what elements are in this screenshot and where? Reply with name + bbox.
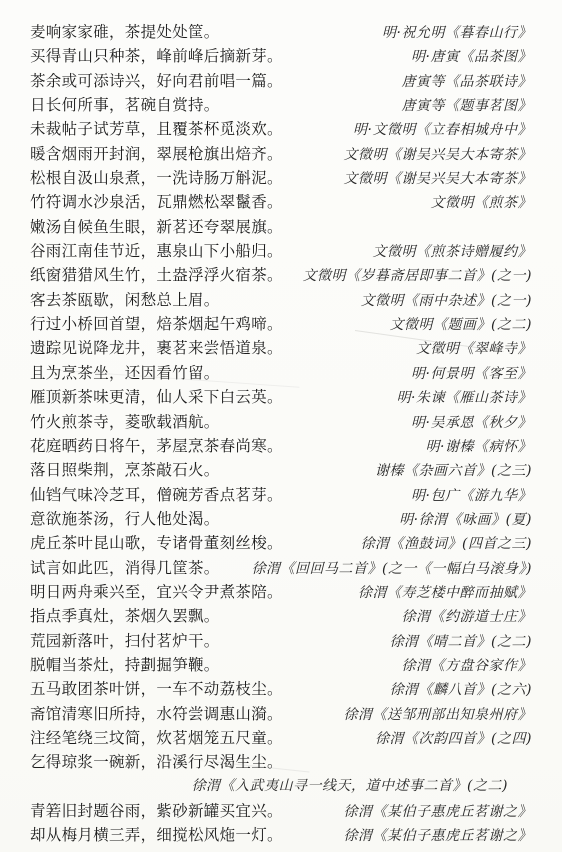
attribution-text: 明·吴承恩《秋夕》 <box>411 412 532 432</box>
poem-list: 麦响家家碓，茶提处处筐。明·祝允明《暮春山行》买得青山只种茶，峰前峰后摘新芽。明… <box>30 20 532 848</box>
poem-text: 斋馆清寒旧所持，水符尝调惠山漪。 <box>30 702 283 724</box>
poem-line-row: 试言如此匹，消得几筐茶。徐渭《回回马二首》(之一《一幅白马滚身》) <box>30 556 532 580</box>
attribution-text: 明·祝允明《暮春山行》 <box>382 22 532 42</box>
poem-text: 意欲施茶汤，行人他处渴。 <box>30 507 220 529</box>
poem-line-row: 青箬旧封题谷雨，紫砂新罐买宜兴。徐渭《某伯子惠虎丘茗谢之》 <box>30 799 532 823</box>
attribution-text: 文徵明《煎茶诗赠履约》 <box>373 241 533 261</box>
poem-text: 乞得琼浆一碗新，沿溪行尽渴生尘。 <box>30 750 283 772</box>
attribution-text: 徐渭《麟八首》(之六) <box>390 679 532 699</box>
attribution-text: 明·朱谏《雁山茶诗》 <box>397 387 532 407</box>
attribution-text: 文徵明《题画》(之二) <box>390 314 532 334</box>
poem-text: 茶余或可添诗兴，好向君前唱一篇。 <box>30 69 283 91</box>
poem-text: 买得青山只种茶，峰前峰后摘新芽。 <box>30 44 283 66</box>
poem-line-row: 嫩汤自候鱼生眼，新茗还夸翠展旗。 <box>30 215 532 239</box>
poem-line-row: 谷雨江南佳节近，惠泉山下小船归。文徵明《煎茶诗赠履约》 <box>30 239 532 263</box>
poem-line-row: 暖含烟雨开封润，翠展枪旗出焙齐。文徵明《谢吴兴吴大本寄茶》 <box>30 142 532 166</box>
poem-text: 雁顶新茶味更清，仙人采下白云英。 <box>30 385 283 407</box>
poem-line-row: 五马敢团茶叶饼，一车不动荔枝尘。徐渭《麟八首》(之六) <box>30 677 532 701</box>
attribution-text: 徐渭《次韵四首》(之四) <box>375 728 532 748</box>
poem-line-row: 落日照柴荆，烹茶敲石火。谢榛《杂画六首》(之三) <box>30 458 532 482</box>
poem-text: 指点季真灶，茶烟久罢飘。 <box>30 604 220 626</box>
poem-text: 荒园新落叶，扫付茗炉干。 <box>30 629 220 651</box>
poem-text: 松根自汲山泉煮，一洗诗肠万斛泥。 <box>30 166 283 188</box>
poem-text: 日长何所事，茗碗自赏持。 <box>30 93 220 115</box>
poem-text: 竹符调水沙泉活，瓦鼎燃松翠鬣香。 <box>30 190 283 212</box>
poem-line-row: 明日两舟乘兴至，宜兴令尹煮茶陪。徐渭《寿芝楼中醉而抽赋》 <box>30 580 532 604</box>
poem-line-row: 买得青山只种茶，峰前峰后摘新芽。明·唐寅《品茶图》 <box>30 44 532 68</box>
poem-line-row: 麦响家家碓，茶提处处筐。明·祝允明《暮春山行》 <box>30 20 532 44</box>
poem-text: 纸窗猎猎风生竹，土盎浮浮火宿茶。 <box>30 263 283 285</box>
attribution-text: 徐渭《回回马二首》(之一《一幅白马滚身》) <box>252 558 532 578</box>
attribution-text: 明·徐渭《咏画》(夏) <box>399 509 532 529</box>
poem-line-row: 意欲施茶汤，行人他处渴。明·徐渭《咏画》(夏) <box>30 507 532 531</box>
poem-line-row: 纸窗猎猎风生竹，土盎浮浮火宿茶。文徵明《岁暮斋居即事二首》(之一) <box>30 263 532 287</box>
attribution-text: 徐渭《渔鼓词》(四首之三) <box>361 533 532 553</box>
attribution-text: 文徵明《谢吴兴吴大本寄茶》 <box>344 144 533 164</box>
attribution-text: 徐渭《寿芝楼中醉而抽赋》 <box>358 582 532 602</box>
poem-text: 注经笔绕三坟简，炊茗烟笼五尺童。 <box>30 726 283 748</box>
poem-line-row: 松根自汲山泉煮，一洗诗肠万斛泥。文徵明《谢吴兴吴大本寄茶》 <box>30 166 532 190</box>
poem-text: 竹火煎茶寺，菱歌载酒航。 <box>30 410 220 432</box>
poem-line-row: 斋馆清寒旧所持，水符尝调惠山漪。徐渭《送邹刑部出知泉州府》 <box>30 702 532 726</box>
poem-text: 青箬旧封题谷雨，紫砂新罐买宜兴。 <box>30 799 283 821</box>
attribution-text: 文徵明《雨中杂述》(之一) <box>361 290 532 310</box>
poem-line-row: 日长何所事，茗碗自赏持。唐寅等《题事茗图》 <box>30 93 532 117</box>
poem-line-row: 茶余或可添诗兴，好向君前唱一篇。唐寅等《品茶联诗》 <box>30 69 532 93</box>
poem-line-row: 客去茶瓯歇，闲愁总上眉。文徵明《雨中杂述》(之一) <box>30 288 532 312</box>
poem-text: 仙铛气味冷芝耳，僧碗芳香点茗芽。 <box>30 483 283 505</box>
poem-text: 行过小桥回首望，焙茶烟起午鸡啼。 <box>30 312 283 334</box>
poem-line-row: 荒园新落叶，扫付茗炉干。徐渭《晴二首》(之二) <box>30 629 532 653</box>
book-page: 麦响家家碓，茶提处处筐。明·祝允明《暮春山行》买得青山只种茶，峰前峰后摘新芽。明… <box>0 0 562 852</box>
poem-text: 客去茶瓯歇，闲愁总上眉。 <box>30 288 220 310</box>
poem-line-row: 乞得琼浆一碗新，沿溪行尽渴生尘。 <box>30 750 532 774</box>
poem-line-row: 行过小桥回首望，焙茶烟起午鸡啼。文徵明《题画》(之二) <box>30 312 532 336</box>
poem-text: 未裁帖子试芳草，且覆茶杯觅淡欢。 <box>30 117 283 139</box>
poem-text: 花庭晒药日将午，茅屋烹茶春尚寒。 <box>30 434 283 456</box>
poem-text: 虎丘茶叶昆山歌，专诸骨董刻丝梭。 <box>30 531 283 553</box>
attribution-text: 文徵明《岁暮斋居即事二首》(之一) <box>303 265 532 285</box>
attribution-text: 明·何景明《客至》 <box>411 363 532 383</box>
poem-line-row: 雁顶新茶味更清，仙人采下白云英。明·朱谏《雁山茶诗》 <box>30 385 532 409</box>
attribution-text: 谢榛《杂画六首》(之三) <box>375 460 532 480</box>
poem-text: 五马敢团茶叶饼，一车不动荔枝尘。 <box>30 677 283 699</box>
poem-line-row: 且为烹茶坐，还因看竹留。明·何景明《客至》 <box>30 361 532 385</box>
attribution-text: 文徵明《谢吴兴吴大本寄茶》 <box>344 168 533 188</box>
attribution-text: 明·谢榛《病怀》 <box>426 436 532 456</box>
attribution-text: 徐渭《方盘谷家作》 <box>402 655 533 675</box>
attribution-text: 徐渭《送邹刑部出知泉州府》 <box>344 704 533 724</box>
attribution-text: 徐渭《约游道士庄》 <box>402 606 533 626</box>
poem-line-row: 花庭晒药日将午，茅屋烹茶春尚寒。明·谢榛《病怀》 <box>30 434 532 458</box>
poem-text: 麦响家家碓，茶提处处筐。 <box>30 20 220 42</box>
poem-text: 明日两舟乘兴至，宜兴令尹煮茶陪。 <box>30 580 283 602</box>
attribution-text: 徐渭《入武夷山寻一线天，道中述事二首》(之二) <box>192 775 508 795</box>
attribution-text: 文徵明《翠峰寺》 <box>416 338 532 358</box>
poem-line-row: 虎丘茶叶昆山歌，专诸骨董刻丝梭。徐渭《渔鼓词》(四首之三) <box>30 531 532 555</box>
poem-line-row: 竹火煎茶寺，菱歌载酒航。明·吴承恩《秋夕》 <box>30 410 532 434</box>
attribution-text: 明·唐寅《品茶图》 <box>411 46 532 66</box>
attribution-text: 明·包广《游九华》 <box>411 485 532 505</box>
poem-text: 却从梅月横三弄，细搅松风炧一灯。 <box>30 823 283 845</box>
attribution-text: 唐寅等《题事茗图》 <box>402 95 533 115</box>
poem-line-row: 竹符调水沙泉活，瓦鼎燃松翠鬣香。文徵明《煎茶》 <box>30 190 532 214</box>
poem-text: 且为烹茶坐，还因看竹留。 <box>30 361 220 383</box>
attribution-text: 徐渭《某伯子惠虎丘茗谢之》 <box>344 801 533 821</box>
attribution-text: 徐渭《晴二首》(之二) <box>390 631 532 651</box>
poem-text: 试言如此匹，消得几筐茶。 <box>30 556 220 578</box>
attribution-text: 徐渭《某伯子惠虎丘茗谢之》 <box>344 825 533 845</box>
poem-line-row: 遗踪见说降龙井，裹茗来尝悟道泉。文徵明《翠峰寺》 <box>30 336 532 360</box>
poem-text: 遗踪见说降龙井，裹茗来尝悟道泉。 <box>30 336 283 358</box>
poem-line-row: 脱帽当茶灶，持劃掘笋鞭。徐渭《方盘谷家作》 <box>30 653 532 677</box>
attribution-text: 唐寅等《品茶联诗》 <box>402 71 533 91</box>
poem-line-row: 未裁帖子试芳草，且覆茶杯觅淡欢。明·文徵明《立春相城舟中》 <box>30 117 532 141</box>
poem-line-row: 注经笔绕三坟简，炊茗烟笼五尺童。徐渭《次韵四首》(之四) <box>30 726 532 750</box>
poem-text: 落日照柴荆，烹茶敲石火。 <box>30 458 220 480</box>
poem-line-row: 指点季真灶，茶烟久罢飘。徐渭《约游道士庄》 <box>30 604 532 628</box>
poem-text: 脱帽当茶灶，持劃掘笋鞭。 <box>30 653 220 675</box>
poem-text: 暖含烟雨开封润，翠展枪旗出焙齐。 <box>30 142 283 164</box>
attribution-text: 明·文徵明《立春相城舟中》 <box>353 119 532 139</box>
poem-text: 谷雨江南佳节近，惠泉山下小船归。 <box>30 239 283 261</box>
poem-line-row: 仙铛气味冷芝耳，僧碗芳香点茗芽。明·包广《游九华》 <box>30 483 532 507</box>
poem-line-row: 徐渭《入武夷山寻一线天，道中述事二首》(之二) <box>30 775 532 799</box>
poem-line-row: 却从梅月横三弄，细搅松风炧一灯。徐渭《某伯子惠虎丘茗谢之》 <box>30 823 532 847</box>
attribution-text: 文徵明《煎茶》 <box>431 192 533 212</box>
poem-text: 嫩汤自候鱼生眼，新茗还夸翠展旗。 <box>30 215 283 237</box>
